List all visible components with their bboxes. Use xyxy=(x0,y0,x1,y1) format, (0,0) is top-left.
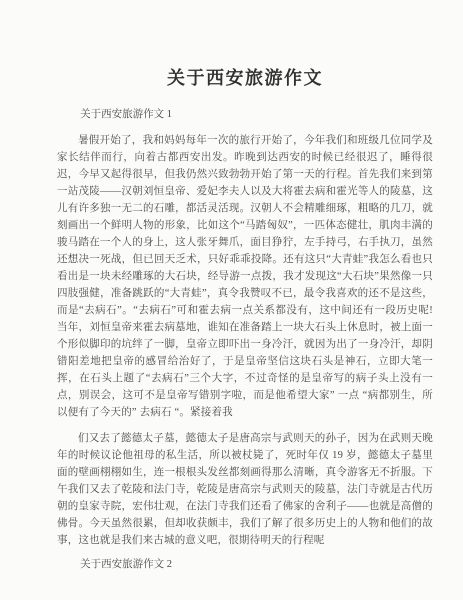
document-page: 关于西安旅游作文 关于西安旅游作文 1 暑假开始了，我和妈妈每年一次的旅行开始了… xyxy=(0,0,463,600)
section-1-heading: 关于西安旅游作文 1 xyxy=(57,108,433,122)
section-1-paragraph-2: 们又去了懿德太子墓，懿德太子是唐高宗与武则天的孙子，因为在武则天晚年的时候议论他… xyxy=(57,430,433,549)
page-title: 关于西安旅游作文 xyxy=(57,64,433,90)
section-1-paragraph-1: 暑假开始了，我和妈妈每年一次的旅行开始了，今年我们和班级几位同学及家长结伴而行，… xyxy=(57,132,433,421)
section-2-heading: 关于西安旅游作文 2 xyxy=(57,558,433,572)
